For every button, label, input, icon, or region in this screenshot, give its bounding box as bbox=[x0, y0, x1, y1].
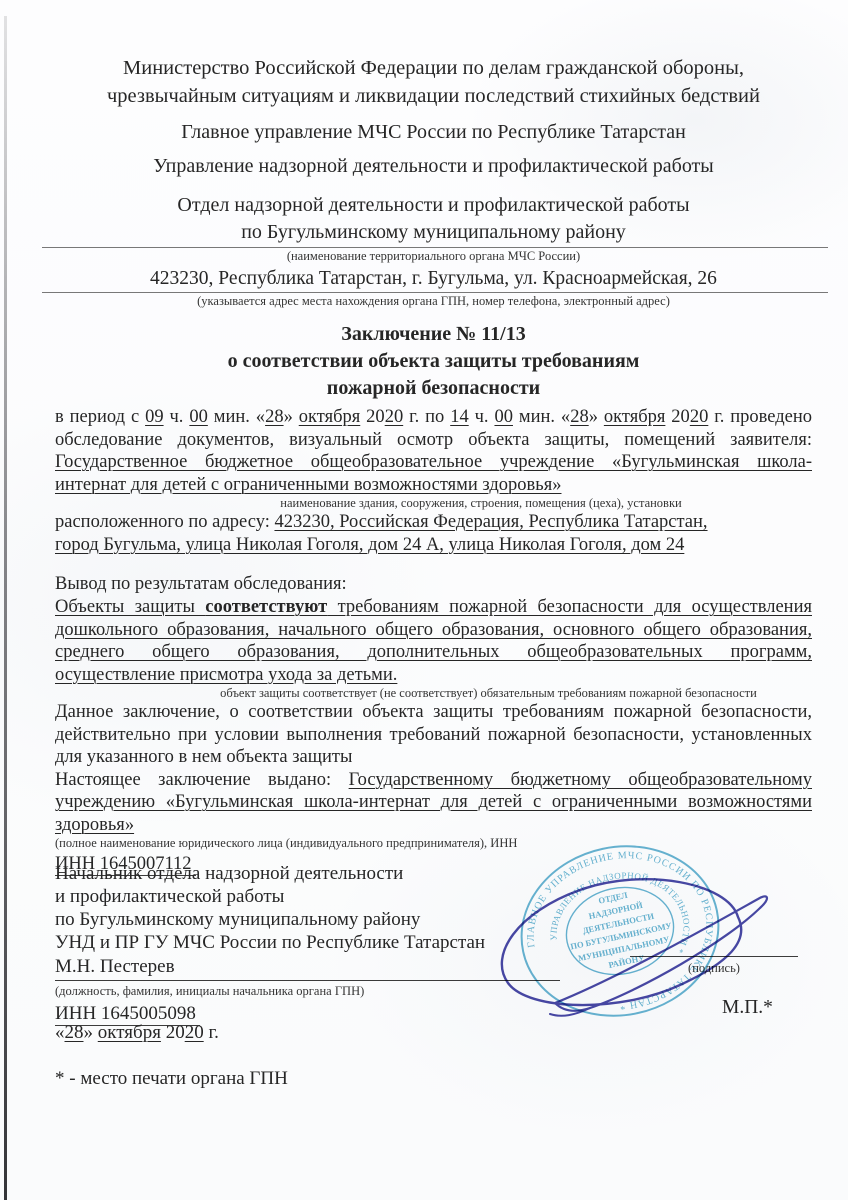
department-line-2: по Бугульминскому муниципальному району bbox=[55, 219, 812, 246]
ministry-header: Министерство Российской Федерации по дел… bbox=[55, 54, 812, 110]
main-directorate-line: Главное управление МЧС России по Республ… bbox=[55, 118, 812, 146]
ministry-line-1: Министерство Российской Федерации по дел… bbox=[55, 54, 812, 82]
handwritten-signature-icon bbox=[470, 845, 810, 1030]
divider-rule bbox=[42, 247, 828, 248]
caption-gpn-address: (указывается адрес места нахождения орга… bbox=[55, 294, 812, 309]
object-address-line-1: расположенного по адресу: 423230, Россий… bbox=[55, 511, 812, 534]
caption-territorial-organ: (наименование территориального органа МЧ… bbox=[55, 249, 812, 264]
results-label: Вывод по результатам обследования: bbox=[55, 573, 812, 596]
title-number-line: Заключение № 11/13 bbox=[55, 321, 812, 348]
signature-stroke-loop bbox=[502, 879, 741, 1005]
document-title: Заключение № 11/13 о соответствии объект… bbox=[55, 321, 812, 402]
title-line-3: пожарной безопасности bbox=[55, 375, 812, 402]
object-address-line-2: город Бугульма, улица Николая Гоголя, до… bbox=[55, 534, 812, 557]
department-line-1: Отдел надзорной деятельности и профилакт… bbox=[55, 192, 812, 219]
scanned-document-page: Министерство Российской Федерации по дел… bbox=[0, 0, 848, 1200]
inspection-period-paragraph: в период с 09 ч. 00 мин. «28» октября 20… bbox=[55, 406, 812, 496]
caption-building-name: наименование здания, сооружения, строени… bbox=[55, 496, 812, 511]
gpn-address: 423230, Республика Татарстан, г. Бугульм… bbox=[55, 266, 812, 291]
validity-paragraph: Данное заключение, о соответствии объект… bbox=[55, 701, 812, 769]
department-lines: Отдел надзорной деятельности и профилакт… bbox=[55, 192, 812, 246]
directorate-line: Управление надзорной деятельности и проф… bbox=[55, 152, 812, 180]
footnote-seal-place: * - место печати органа ГПН bbox=[55, 1068, 288, 1090]
caption-results: объект защиты соответствует (не соответс… bbox=[55, 686, 812, 701]
title-line-2: о соответствии объекта защиты требования… bbox=[55, 348, 812, 375]
ministry-line-2: чрезвычайным ситуациям и ликвидации посл… bbox=[55, 82, 812, 110]
divider-rule bbox=[42, 292, 828, 293]
issue-date-line: «28» октября 2020 г. bbox=[55, 1022, 219, 1044]
results-paragraph: Объекты защиты соответствуют требованиям… bbox=[55, 596, 812, 686]
